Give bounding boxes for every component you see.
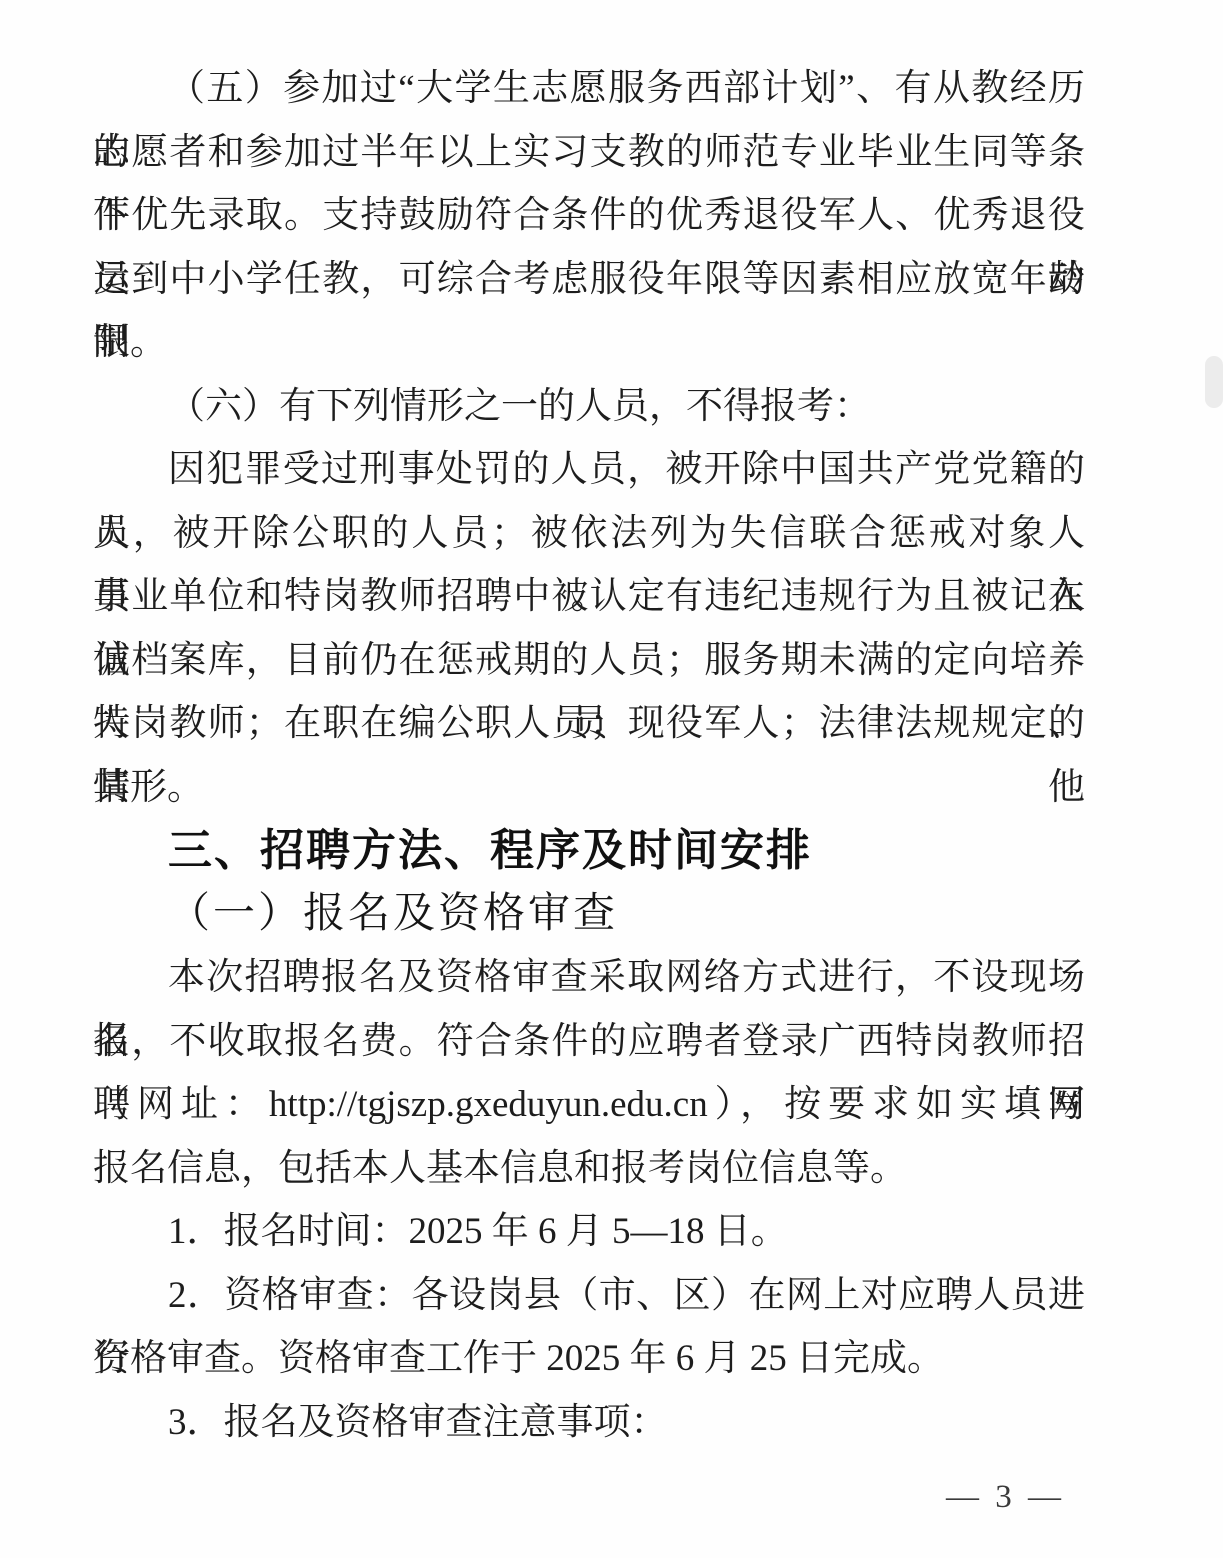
paragraph: （六）有下列情形之一的人员，不得报考： (93, 375, 1085, 439)
text-line: （一）报名及资格审查 (93, 883, 1085, 947)
page-number: — 3 — (946, 1477, 1065, 1517)
text-line: 制。 (93, 311, 1085, 375)
paragraph: 本次招聘报名及资格审查采取网络方式进行，不设现场报名，不收取报名费。符合条件的应… (93, 946, 1085, 1200)
text-line: 事业单位和特岗教师招聘中被认定有违纪违规行为且被记入诚 (93, 565, 1085, 629)
paragraph: （五）参加过“大学生志愿服务西部计划”、有从教经历的志愿者和参加过半年以上实习支… (93, 57, 1085, 375)
scrollbar-thumb[interactable] (1205, 356, 1223, 408)
text-line: 本次招聘报名及资格审查采取网络方式进行，不设现场报 (93, 946, 1085, 1010)
text-line: 员到中小学任教，可综合考虑服役年限等因素相应放宽年龄限 (93, 248, 1085, 312)
text-line: 资格审查。资格审查工作于 2025 年 6 月 25 日完成。 (93, 1327, 1085, 1391)
document-page: （五）参加过“大学生志愿服务西部计划”、有从教经历的志愿者和参加过半年以上实习支… (0, 0, 1223, 1558)
text-line: 1．报名时间：2025 年 6 月 5—18 日。 (93, 1200, 1085, 1264)
text-line: 特岗教师；在职在编公职人员；现役军人；法律法规规定的其他 (93, 692, 1085, 756)
paragraph: 2．资格审查：各设岗县（市、区）在网上对应聘人员进行资格审查。资格审查工作于 2… (93, 1264, 1085, 1391)
text-line: 信档案库，目前仍在惩戒期的人员；服务期未满的定向培养人员、 (93, 629, 1085, 693)
text-line: 3．报名及资格审查注意事项： (93, 1391, 1085, 1455)
text-line: 因犯罪受过刑事处罚的人员，被开除中国共产党党籍的人 (93, 438, 1085, 502)
text-line: 报名信息，包括本人基本信息和报考岗位信息等。 (93, 1137, 1085, 1201)
paragraph: 因犯罪受过刑事处罚的人员，被开除中国共产党党籍的人员，被开除公职的人员；被依法列… (93, 438, 1085, 819)
paragraph: 3．报名及资格审查注意事项： (93, 1391, 1085, 1455)
text-line: 下优先录取。支持鼓励符合条件的优秀退役军人、优秀退役运动 (93, 184, 1085, 248)
section-heading: （一）报名及资格审查 (93, 883, 1085, 947)
document-body: （五）参加过“大学生志愿服务西部计划”、有从教经历的志愿者和参加过半年以上实习支… (93, 57, 1085, 1454)
paragraph: 1．报名时间：2025 年 6 月 5—18 日。 (93, 1200, 1085, 1264)
text-line: 名，不收取报名费。符合条件的应聘者登录广西特岗教师招聘网 (93, 1010, 1085, 1074)
text-line: 2．资格审查：各设岗县（市、区）在网上对应聘人员进行 (93, 1264, 1085, 1328)
text-line: 三、招聘方法、程序及时间安排 (93, 819, 1085, 883)
text-line: 员，被开除公职的人员；被依法列为失信联合惩戒对象人员。在 (93, 502, 1085, 566)
section-heading: 三、招聘方法、程序及时间安排 (93, 819, 1085, 883)
text-line: （五）参加过“大学生志愿服务西部计划”、有从教经历的 (93, 57, 1085, 121)
text-line: 志愿者和参加过半年以上实习支教的师范专业毕业生同等条件 (93, 121, 1085, 185)
text-line: （六）有下列情形之一的人员，不得报考： (93, 375, 1085, 439)
text-line: （网址：http://tgjszp.gxeduyun.edu.cn），按要求如实… (93, 1073, 1085, 1137)
